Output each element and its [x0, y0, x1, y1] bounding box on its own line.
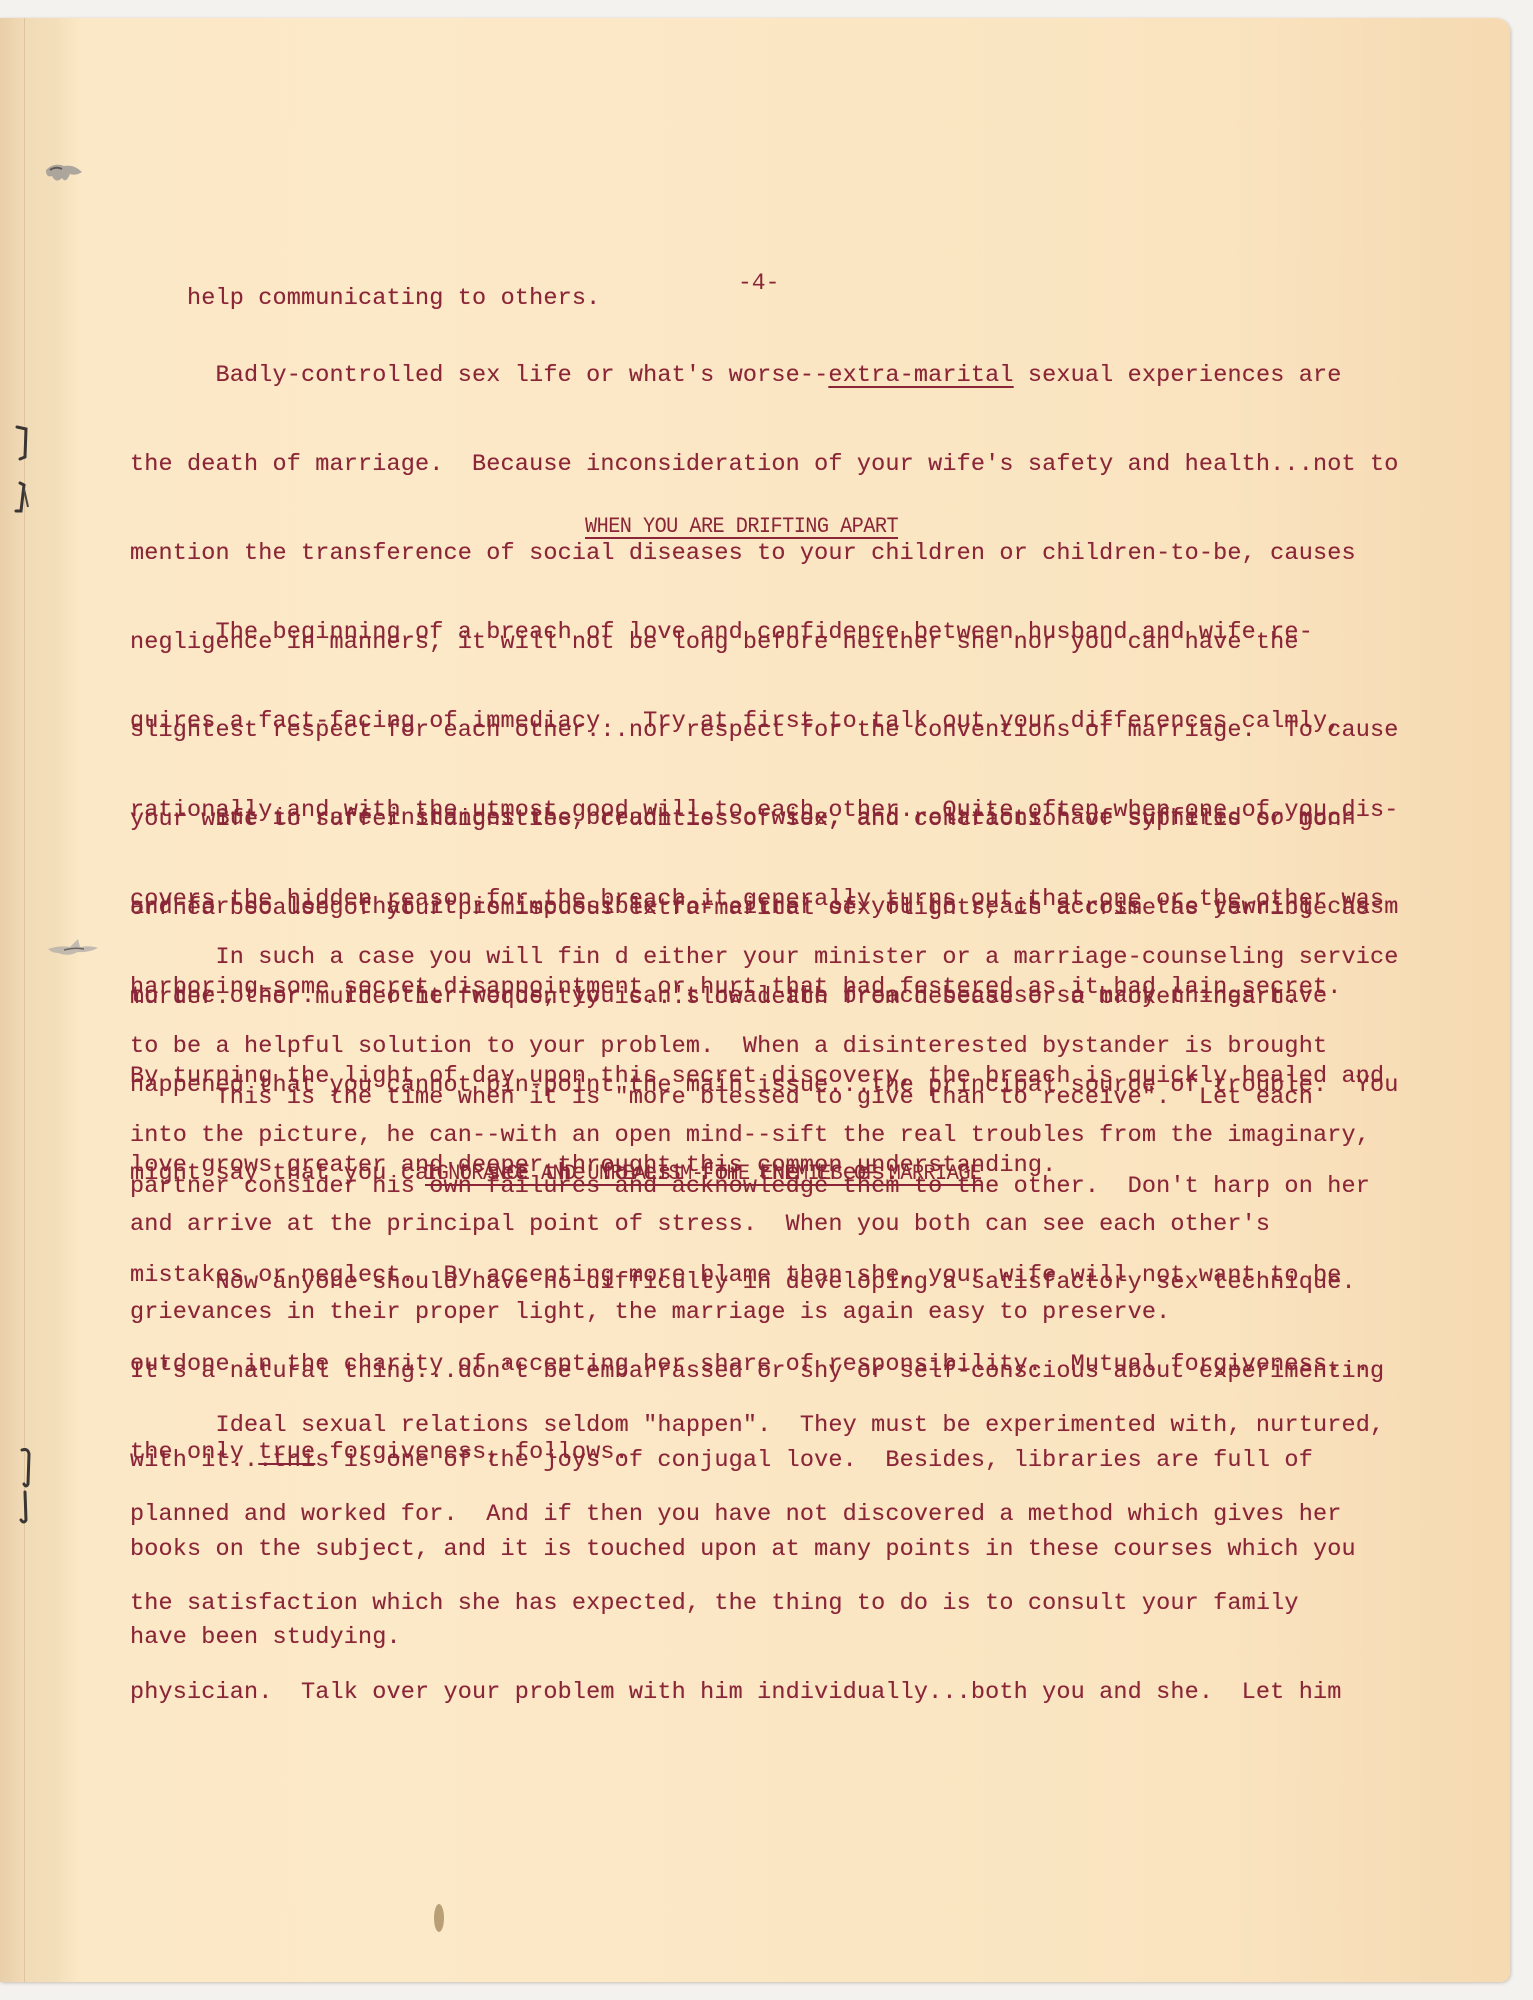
paragraph-line: the satisfaction which she has expected,… [130, 1589, 1384, 1619]
binding-strip [0, 18, 25, 1982]
paragraph-line: the death of marriage. Because inconside… [130, 450, 1398, 480]
paragraph-line: physician. Talk over your problem with h… [130, 1678, 1384, 1708]
line-text: sexual experiences are [1014, 362, 1342, 389]
section-heading-drifting-apart: WHEN YOU ARE DRIFTING APART [585, 514, 898, 539]
paragraph-line: Ideal sexual relations seldom "happen". … [130, 1411, 1384, 1441]
paragraph-line: planned and worked for. And if then you … [130, 1500, 1384, 1530]
paragraph-line: Now anyone should have no difficulty in … [130, 1268, 1384, 1298]
paragraph-line: This is the time when it is "more blesse… [130, 1083, 1370, 1113]
ink-smudge-icon [431, 1900, 447, 1940]
paragraph-line: Badly-controlled sex life or what's wors… [130, 361, 1398, 391]
torn-hole-middle-icon [44, 933, 104, 963]
staple-upper-icon [12, 423, 36, 515]
section-heading-ignorance-unrealism: IGNORANCE AND UNREALISM--THE ENEMIES OF … [425, 1161, 982, 1186]
line-text: Badly-controlled sex life or what's wors… [130, 362, 828, 389]
page-number: -4- [738, 270, 779, 296]
document-page: -4- help communicating to others. Badly-… [0, 18, 1510, 1982]
staple-lower-icon [16, 1446, 38, 1528]
underlined-word-extra-marital: extra-marital [828, 362, 1013, 389]
paragraph-ideal-relations: Ideal sexual relations seldom "happen". … [130, 1352, 1384, 1766]
paragraph-line: The beginning of a breach of love and co… [130, 618, 1398, 648]
torn-hole-top-icon [40, 158, 90, 198]
paragraph-line: But in rare instances the breach is so w… [130, 804, 1398, 834]
paragraph-line: In such a case you will fin d either you… [130, 943, 1398, 973]
paragraph-line: quires a fact-facing of immediacy. Try a… [130, 707, 1398, 737]
